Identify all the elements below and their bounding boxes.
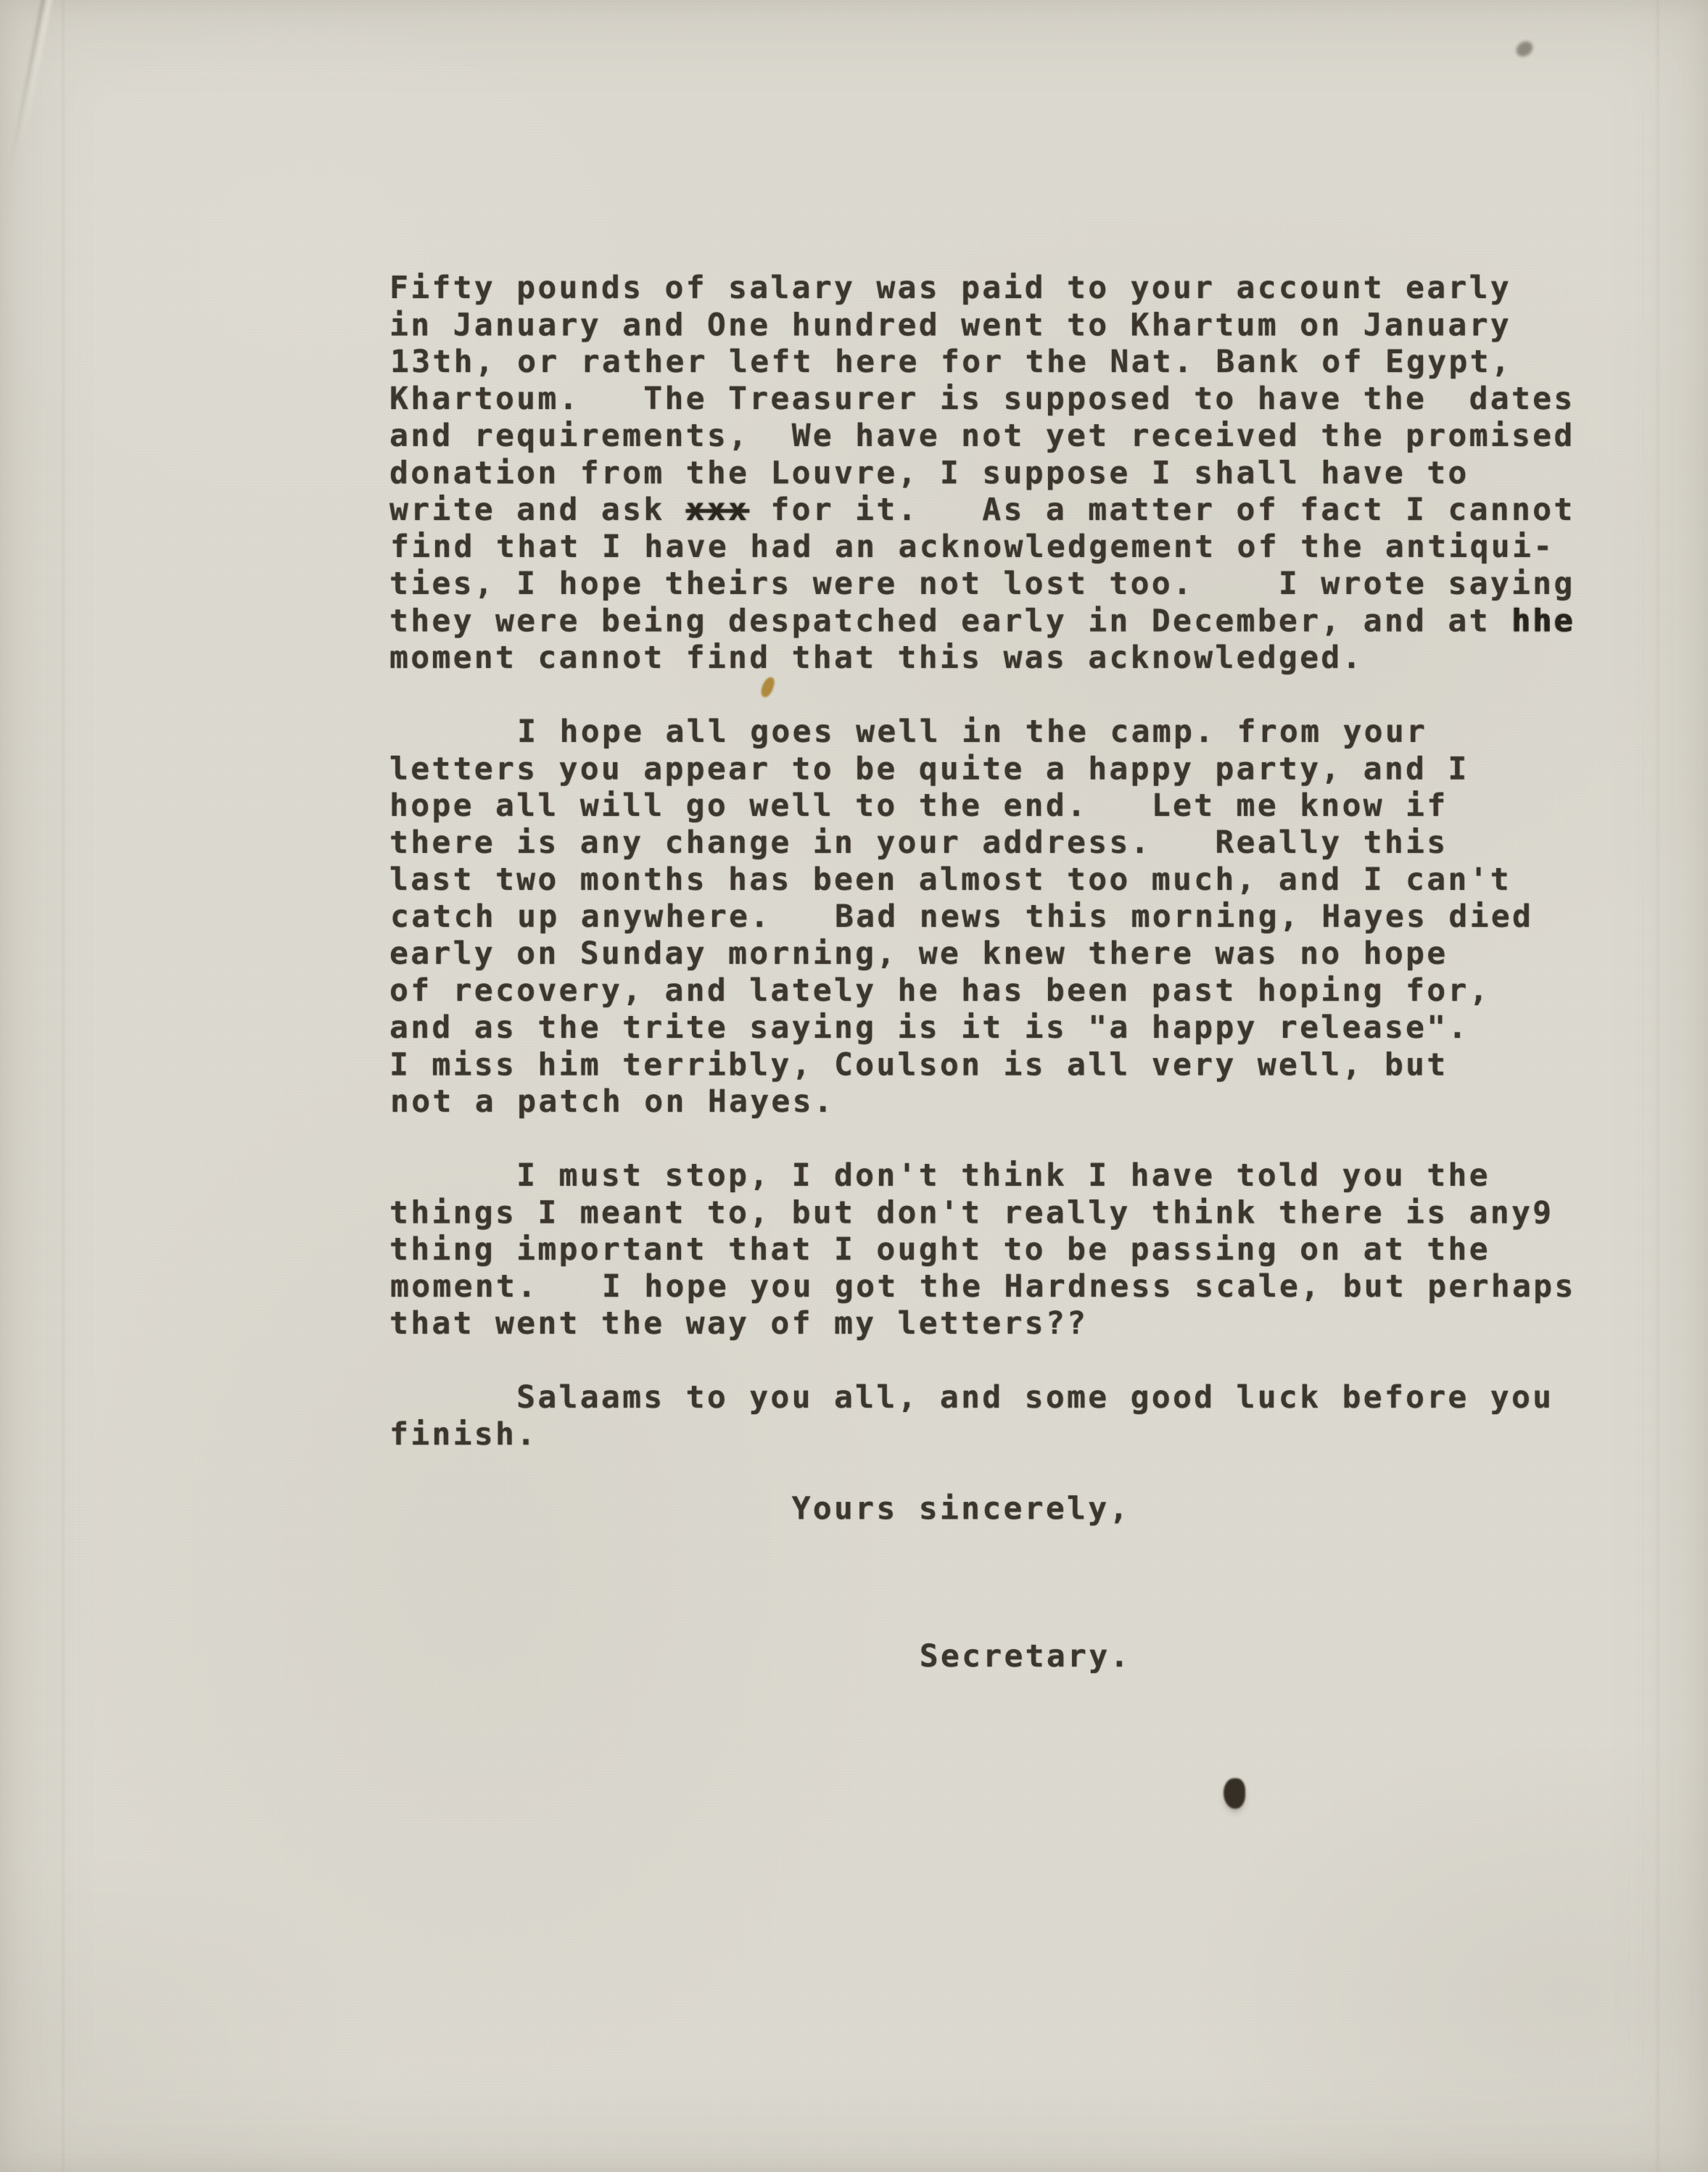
ink-blot [1224, 1778, 1245, 1809]
strikethrough-segment: xxx [686, 492, 750, 528]
text-line: and as the trite saying is it is "a happ… [389, 1009, 1575, 1046]
text-line: not a patch on Hayes. [390, 1083, 1576, 1120]
text-line: I must stop, I don't think I have told y… [389, 1157, 1575, 1194]
text-line: moment cannot find that this was acknowl… [389, 640, 1575, 677]
text-line: find that I have had an acknowledgement … [390, 529, 1576, 566]
text-segment: they were being despatched early in Dece… [389, 603, 1511, 640]
blank-line [389, 677, 1575, 714]
text-line: in January and One hundred went to Khart… [389, 307, 1575, 344]
scanned-letter-page: Fifty pounds of salary was paid to your … [0, 0, 1708, 2172]
text-line: ties, I hope theirs were not lost too. I… [389, 566, 1575, 603]
valediction: Yours sincerely, [389, 1491, 1575, 1528]
text-line: Khartoum. The Treasurer is supposed to h… [389, 381, 1575, 418]
paper-crease-right [1657, 0, 1659, 2172]
paper-crease-left [62, 0, 64, 2172]
text-line: things I meant to, but don't really thin… [389, 1195, 1575, 1232]
gray-smudge [1514, 38, 1536, 59]
text-line: early on Sunday morning, we knew there w… [389, 936, 1575, 973]
text-line: 13th, or rather left here for the Nat. B… [390, 344, 1576, 381]
text-line: I hope all goes well in the camp. from y… [390, 714, 1576, 751]
blank-line [389, 1601, 1575, 1638]
text-line: donation from the Louvre, I suppose I sh… [389, 455, 1575, 492]
text-line: letters you appear to be quite a happy p… [389, 751, 1575, 788]
overstrike-segment: hhe [1511, 603, 1575, 640]
signature: Secretary. [390, 1638, 1576, 1675]
text-line: of recovery, and lately he has been past… [389, 973, 1575, 1009]
letter-body: Fifty pounds of salary was paid to your … [389, 270, 1575, 1675]
paper-crease-top-left-highlight [15, 0, 56, 165]
blank-line [389, 1343, 1575, 1380]
text-line: they were being despatched early in Dece… [389, 603, 1575, 640]
text-line: and requirements, We have not yet receiv… [389, 418, 1575, 455]
text-line: write and ask xxx for it. As a matter of… [389, 492, 1575, 529]
text-segment: write and ask [389, 492, 686, 528]
paper-crease-top-left [4, 0, 48, 194]
text-line: that went the way of my letters?? [389, 1305, 1575, 1342]
text-line: Salaams to you all, and some good luck b… [389, 1379, 1575, 1416]
text-line: moment. I hope you got the Hardness scal… [390, 1268, 1576, 1305]
blank-line [390, 1453, 1576, 1490]
text-line: thing important that I ought to be passi… [389, 1231, 1575, 1268]
text-line: Fifty pounds of salary was paid to your … [389, 270, 1575, 307]
text-line: last two months has been almost too much… [389, 862, 1575, 899]
text-line: there is any change in your address. Rea… [389, 825, 1575, 862]
text-line: finish. [389, 1416, 1575, 1453]
text-line: I miss him terribly, Coulson is all very… [389, 1047, 1575, 1084]
text-line: catch up anywhere. Bad news this morning… [390, 899, 1576, 936]
blank-line [389, 1527, 1575, 1564]
text-line: hope all will go well to the end. Let me… [389, 788, 1575, 825]
text-segment: for it. As a matter of fact I cannot [749, 492, 1575, 528]
blank-line [389, 1564, 1575, 1601]
blank-line [389, 1120, 1575, 1157]
